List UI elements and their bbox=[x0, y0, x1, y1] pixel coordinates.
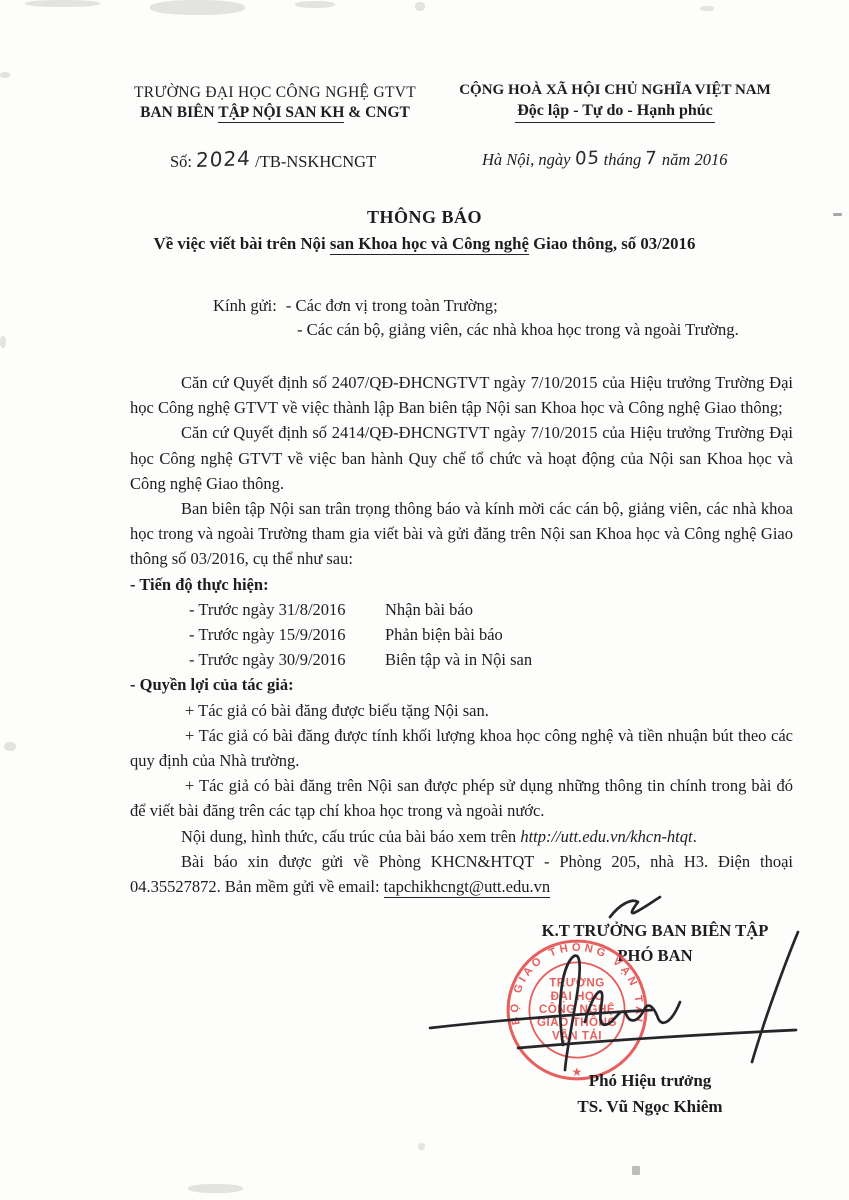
benefits-heading: - Quyền lợi của tác giả: bbox=[130, 672, 793, 697]
schedule-deadline: - Trước ngày 15/9/2016 bbox=[189, 622, 385, 647]
document-number: Số: 2024 /TB-NSKHCNGT bbox=[170, 150, 376, 172]
document-title: THÔNG BÁO bbox=[0, 207, 849, 228]
scan-artifact bbox=[188, 1184, 243, 1193]
place-and-date: Hà Nội, ngày 05 tháng 7 năm 2016 bbox=[482, 150, 727, 170]
schedule-task: Phản biện bài báo bbox=[385, 625, 503, 644]
scan-artifact bbox=[150, 0, 245, 15]
scan-artifact bbox=[700, 6, 714, 11]
paragraph: Căn cứ Quyết định số 2414/QĐ-ĐHCNGTVT ng… bbox=[130, 420, 793, 496]
paragraph: Ban biên tập Nội san trân trọng thông bá… bbox=[130, 496, 793, 572]
benefit-item: + Tác giả có bài đăng trên Nội san được … bbox=[130, 773, 793, 823]
doc-number-suffix: /TB-NSKHCNGT bbox=[255, 152, 376, 171]
recipients-label: Kính gửi: bbox=[213, 296, 277, 315]
paragraph: Căn cứ Quyết định số 2407/QĐ-ĐHCNGTVT ng… bbox=[130, 370, 793, 420]
schedule-row: - Trước ngày 31/8/2016Nhận bài báo bbox=[189, 597, 793, 622]
benefit-item: + Tác giả có bài đăng được tính khối lượ… bbox=[130, 723, 793, 773]
scan-artifact bbox=[4, 742, 16, 751]
schedule-deadline: - Trước ngày 30/9/2016 bbox=[189, 647, 385, 672]
recipient-item: - Các cán bộ, giảng viên, các nhà khoa h… bbox=[297, 318, 739, 342]
national-title: CỘNG HOÀ XÃ HỘI CHỦ NGHĨA VIỆT NAM bbox=[450, 82, 780, 99]
pen-tick-mark bbox=[610, 897, 660, 917]
scan-artifact bbox=[632, 1166, 640, 1175]
org-name-line: TRƯỜNG ĐẠI HỌC CÔNG NGHỆ GTVT bbox=[105, 84, 445, 102]
schedule-deadline: - Trước ngày 31/8/2016 bbox=[189, 597, 385, 622]
scan-artifact bbox=[0, 72, 10, 78]
schedule-task: Biên tập và in Nội san bbox=[385, 650, 532, 669]
recipients-block: Kính gửi:- Các đơn vị trong toàn Trường;… bbox=[213, 294, 739, 342]
website-url: http://utt.edu.vn/khcn-htqt bbox=[520, 827, 692, 846]
scan-artifact bbox=[0, 336, 6, 348]
schedule-heading: - Tiến độ thực hiện: bbox=[130, 572, 793, 597]
national-motto: Độc lập - Tự do - Hạnh phúc bbox=[450, 102, 780, 123]
handwritten-day: 05 bbox=[574, 150, 600, 169]
org-unit-underlined: TẬP NỘI SAN KH bbox=[218, 104, 344, 123]
document-body: Căn cứ Quyết định số 2407/QĐ-ĐHCNGTVT ng… bbox=[130, 370, 793, 899]
signer-identity: Phó Hiệu trưởng TS. Vũ Ngọc Khiêm bbox=[500, 1068, 800, 1120]
org-unit-pre: BAN BIÊN bbox=[140, 104, 218, 121]
document-subtitle: Về việc viết bài trên Nội san Khoa học v… bbox=[0, 234, 849, 254]
scan-artifact bbox=[415, 2, 425, 11]
signer-title: Phó Hiệu trưởng bbox=[500, 1068, 800, 1094]
scan-artifact bbox=[295, 1, 335, 8]
recipient-item: - Các đơn vị trong toàn Trường; bbox=[286, 296, 498, 315]
doc-number-handwritten: 2024 bbox=[196, 148, 252, 170]
info-paragraph: Nội dung, hình thức, cấu trúc của bài bá… bbox=[130, 824, 793, 849]
recipient-line: Kính gửi:- Các đơn vị trong toàn Trường; bbox=[213, 294, 739, 318]
schedule-row: - Trước ngày 30/9/2016Biên tập và in Nội… bbox=[189, 647, 793, 672]
org-unit-post: & CNGT bbox=[344, 104, 409, 121]
schedule-row: - Trước ngày 15/9/2016Phản biện bài báo bbox=[189, 622, 793, 647]
org-unit-line: BAN BIÊN TẬP NỘI SAN KH & CNGT bbox=[105, 104, 445, 122]
scan-artifact bbox=[25, 0, 100, 7]
national-motto-header: CỘNG HOÀ XÃ HỘI CHỦ NGHĨA VIỆT NAM Độc l… bbox=[450, 82, 780, 123]
scanned-document-page: TRƯỜNG ĐẠI HỌC CÔNG NGHỆ GTVT BAN BIÊN T… bbox=[0, 0, 849, 1200]
issuing-org-header: TRƯỜNG ĐẠI HỌC CÔNG NGHỆ GTVT BAN BIÊN T… bbox=[105, 84, 445, 122]
signer-name: TS. Vũ Ngọc Khiêm bbox=[500, 1094, 800, 1120]
handwritten-signature bbox=[400, 880, 810, 1090]
schedule-task: Nhận bài báo bbox=[385, 600, 473, 619]
scan-artifact bbox=[418, 1143, 425, 1150]
doc-number-label: Số: bbox=[170, 152, 192, 171]
benefit-item: + Tác giả có bài đăng được biếu tặng Nội… bbox=[130, 698, 793, 723]
handwritten-month: 7 bbox=[645, 150, 658, 168]
